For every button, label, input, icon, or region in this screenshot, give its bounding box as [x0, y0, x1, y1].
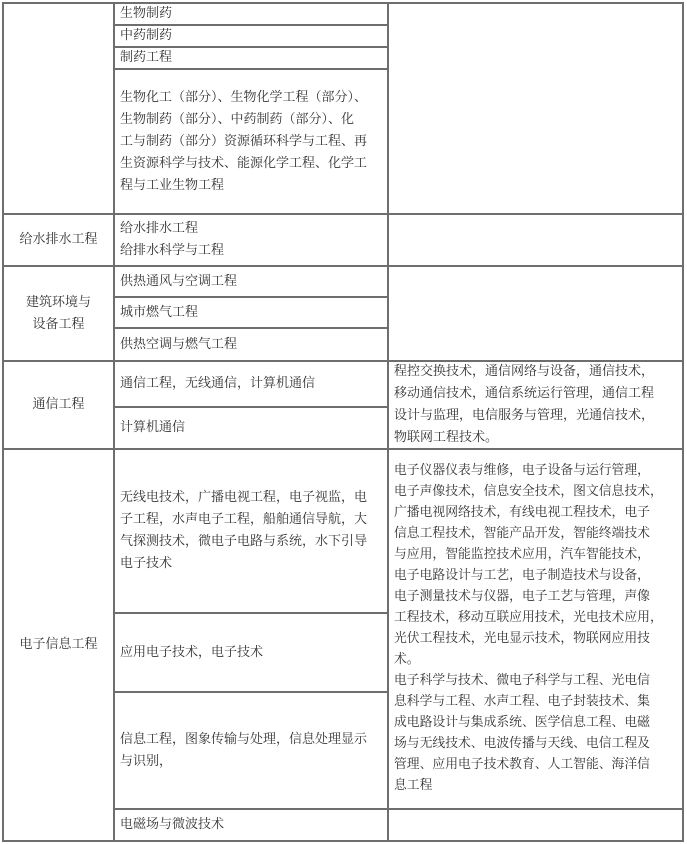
major-cell: 无线电技术，广播电视工程，电子视监，电 子工程，水声电子工程，船舶通信导航，大 …: [115, 450, 387, 612]
major-cell: 供热空调与燃气工程: [115, 329, 387, 360]
major-cell: 计算机通信: [115, 408, 387, 448]
major-text: 电磁场与微波技术: [120, 814, 224, 836]
major-cell: 生物化工（部分）、生物化学工程（部分）、 生物制药（部分）、中药制药（部分）、化…: [115, 70, 387, 213]
major-cell: 电磁场与微波技术: [115, 810, 387, 840]
majors-table: 生物制药 中药制药 制药工程 生物化工（部分）、生物化学工程（部分）、 生物制药…: [2, 2, 682, 840]
related-cell: [389, 267, 682, 360]
major-cell: 给水排水工程 给排水科学与工程: [115, 215, 387, 265]
related-cell: [389, 4, 682, 213]
major-text: 中药制药: [120, 25, 172, 47]
category-cell: [4, 4, 113, 213]
related-cell: 程控交换技术，通信网络与设备，通信技术， 移动通信技术，通信系统运行管理，通信工…: [389, 362, 682, 448]
major-text: 通信工程，无线通信，计算机通信: [120, 373, 315, 395]
category-label: 通信工程: [32, 394, 84, 416]
category-cell: 电子信息工程: [4, 450, 113, 840]
major-text: 城市燃气工程: [120, 302, 198, 324]
category-label: 电子信息工程: [19, 634, 97, 656]
major-cell: 生物制药: [115, 4, 387, 24]
major-cell: 供热通风与空调工程: [115, 267, 387, 296]
major-text: 信息工程，图象传输与处理，信息处理显示 与识别，: [120, 729, 367, 773]
related-text: 程控交换技术，通信网络与设备，通信技术， 移动通信技术，通信系统运行管理，通信工…: [394, 361, 654, 449]
major-cell: 制药工程: [115, 48, 387, 68]
major-cell: 信息工程，图象传输与处理，信息处理显示 与识别，: [115, 693, 387, 808]
table-border-right: [682, 2, 684, 842]
category-label: 建筑环境与 设备工程: [26, 292, 91, 336]
major-text: 制药工程: [120, 47, 172, 69]
major-text: 供热通风与空调工程: [120, 271, 237, 293]
major-cell: 城市燃气工程: [115, 298, 387, 327]
related-cell: [389, 215, 682, 265]
major-text: 生物制药: [120, 3, 172, 25]
major-text: 应用电子技术，电子技术: [120, 642, 263, 664]
related-subrow-divider: [389, 808, 682, 810]
major-text: 无线电技术，广播电视工程，电子视监，电 子工程，水声电子工程，船舶通信导航，大 …: [120, 487, 367, 575]
table-border-bottom: [2, 840, 684, 842]
category-cell: 通信工程: [4, 362, 113, 448]
major-text: 计算机通信: [120, 417, 185, 439]
related-text: 电子仪器仪表与维修，电子设备与运行管理， 电子声像技术，信息安全技术，图文信息技…: [394, 460, 663, 796]
major-cell: 中药制药: [115, 26, 387, 46]
major-text: 生物化工（部分）、生物化学工程（部分）、 生物制药（部分）、中药制药（部分）、化…: [120, 87, 367, 197]
major-text: 供热空调与燃气工程: [120, 334, 237, 356]
major-cell: 应用电子技术，电子技术: [115, 614, 387, 691]
major-text: 给水排水工程 给排水科学与工程: [120, 218, 224, 262]
category-label: 给水排水工程: [19, 229, 97, 251]
category-cell: 给水排水工程: [4, 215, 113, 265]
major-cell: 通信工程，无线通信，计算机通信: [115, 362, 387, 406]
category-cell: 建筑环境与 设备工程: [4, 267, 113, 360]
related-cell: 电子仪器仪表与维修，电子设备与运行管理， 电子声像技术，信息安全技术，图文信息技…: [389, 460, 682, 808]
